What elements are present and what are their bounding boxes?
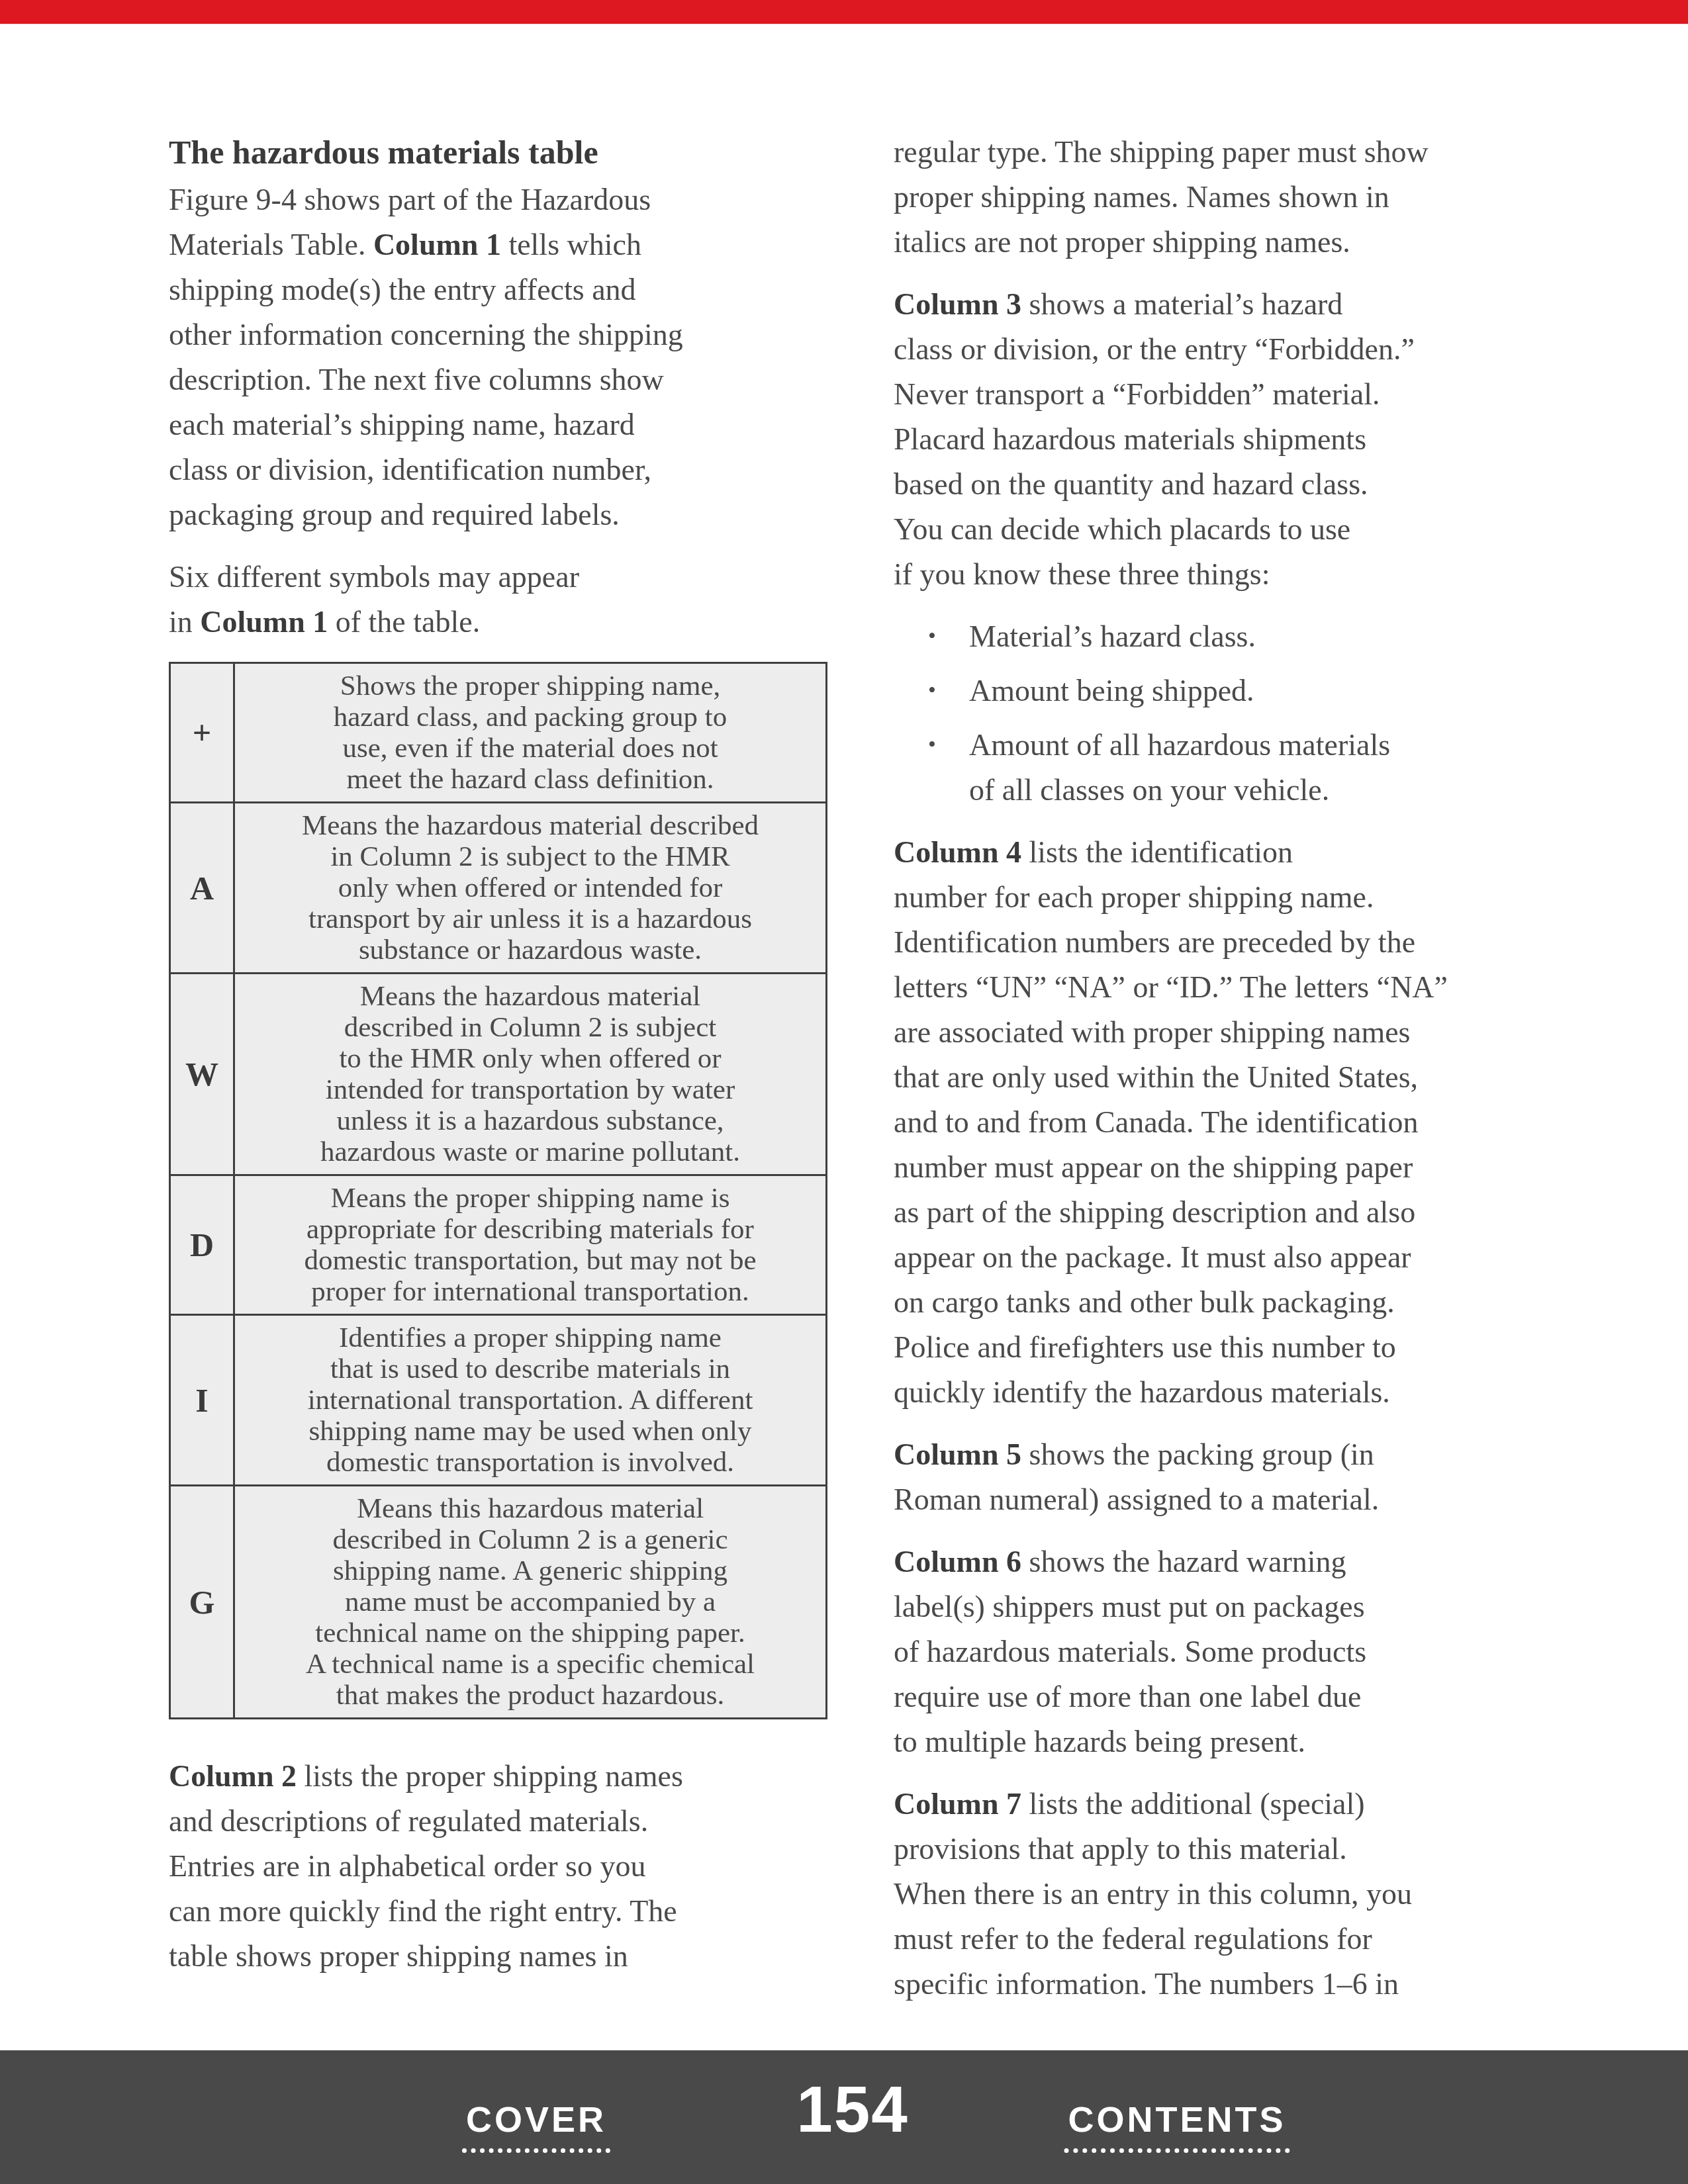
right-column: regular type. The shipping paper must sh… [894,130,1562,2024]
bullet-list: •Material’s hazard class.•Amount being s… [894,614,1562,813]
paragraph: regular type. The shipping paper must sh… [894,130,1562,265]
symbol-cell: W [170,974,234,1175]
bullet-item: •Amount of all hazardous materialsof all… [894,723,1562,813]
left-column: The hazardous materials tableFigure 9-4 … [169,130,837,1996]
bullet-icon: • [928,723,969,768]
symbol-cell: I [170,1315,234,1486]
bullet-icon: • [928,614,969,659]
table-row: GMeans this hazardous materialdescribed … [170,1486,827,1719]
description-cell: Shows the proper shipping name,hazard cl… [234,663,827,803]
description-cell: Means the hazardous materialdescribed in… [234,974,827,1175]
description-cell: Means the proper shipping name isappropr… [234,1175,827,1315]
symbol-cell: G [170,1486,234,1719]
bullet-text: Amount being shipped. [969,668,1562,713]
page-number: 154 [796,2077,909,2142]
footer-bar: COVER 154 CONTENTS [0,2050,1688,2184]
contents-link[interactable]: CONTENTS [1064,2102,1290,2153]
symbol-cell: + [170,663,234,803]
paragraph: Six different symbols may appearin Colum… [169,555,837,645]
table-row: WMeans the hazardous materialdescribed i… [170,974,827,1175]
paragraph: Column 3 shows a material’s hazardclass … [894,282,1562,597]
symbol-cell: D [170,1175,234,1315]
table-row: +Shows the proper shipping name,hazard c… [170,663,827,803]
table-row: AMeans the hazardous material describedi… [170,803,827,974]
table-row: DMeans the proper shipping name isapprop… [170,1175,827,1315]
section-heading: The hazardous materials table [169,130,837,175]
description-cell: Identifies a proper shipping namethat is… [234,1315,827,1486]
description-cell: Means the hazardous material describedin… [234,803,827,974]
top-accent-bar [0,0,1688,24]
bullet-text: Amount of all hazardous materialsof all … [969,723,1562,813]
cover-link[interactable]: COVER [462,2102,610,2153]
bullet-item: •Material’s hazard class. [894,614,1562,659]
table-row: IIdentifies a proper shipping namethat i… [170,1315,827,1486]
paragraph: Column 5 shows the packing group (inRoma… [894,1432,1562,1522]
paragraph: Column 2 lists the proper shipping names… [169,1754,837,1979]
bullet-icon: • [928,668,969,713]
paragraph: Figure 9-4 shows part of the HazardousMa… [169,177,837,537]
description-cell: Means this hazardous materialdescribed i… [234,1486,827,1719]
bullet-text: Material’s hazard class. [969,614,1562,659]
paragraph: Column 7 lists the additional (special)p… [894,1782,1562,2007]
symbols-table: +Shows the proper shipping name,hazard c… [169,662,827,1719]
manual-page: The hazardous materials tableFigure 9-4 … [0,0,1688,2184]
paragraph: Column 4 lists the identificationnumber … [894,830,1562,1415]
symbol-cell: A [170,803,234,974]
bullet-item: •Amount being shipped. [894,668,1562,713]
paragraph: Column 6 shows the hazard warninglabel(s… [894,1539,1562,1764]
